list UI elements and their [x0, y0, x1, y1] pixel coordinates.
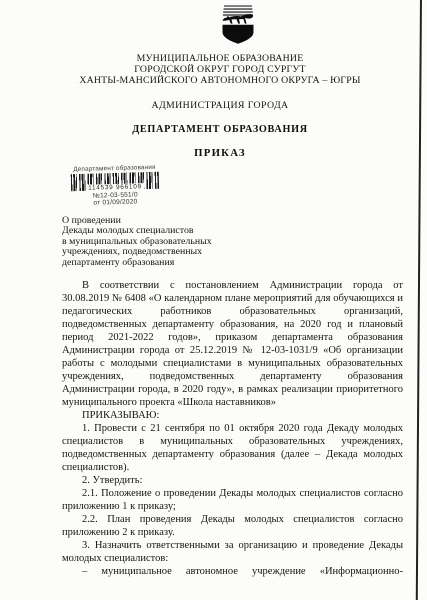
subject-block: О проведении Декады молодых специалистов… [62, 216, 282, 268]
org-line-3: ХАНТЫ-МАНСИЙСКОГО АВТОНОМНОГО ОКРУГА – Ю… [40, 75, 400, 86]
coat-of-arms-shield [221, 4, 255, 44]
org-line-2: ГОРОДСКОЙ ОКРУГ ГОРОД СУРГУТ [40, 64, 400, 75]
order-item-1: 1. Провести с 21 сентября по 01 октября … [62, 422, 403, 474]
scan-edge-artifact [416, 0, 422, 600]
subject-line-5: департаменту образования [62, 258, 282, 268]
intro-paragraph: В соответствии с постановлением Админист… [62, 279, 403, 409]
administration-line: АДМИНИСТРАЦИЯ ГОРОДА [40, 100, 400, 111]
order-item-2-1: 2.1. Положение о проведении Декады молод… [62, 487, 403, 513]
order-item-2: 2. Утвердить: [62, 474, 403, 487]
shield-base [223, 25, 254, 44]
order-item-2-2: 2.2. План проведения Декады молодых спец… [62, 513, 403, 539]
resolution-word: ПРИКАЗЫВАЮ: [62, 409, 403, 422]
surgut-coat-of-arms-icon [221, 4, 255, 44]
doc-type-title: ПРИКАЗ [40, 147, 400, 159]
order-body: В соответствии с постановлением Админист… [62, 279, 403, 578]
barcode: 114539 966109 [71, 172, 159, 191]
order-item-3: 3. Назначить ответственными за организац… [62, 539, 403, 565]
org-header: МУНИЦИПАЛЬНОЕ ОБРАЗОВАНИЕ ГОРОДСКОЙ ОКРУ… [40, 53, 400, 86]
org-line-1: МУНИЦИПАЛЬНОЕ ОБРАЗОВАНИЕ [40, 53, 400, 64]
scanned-order-page: МУНИЦИПАЛЬНОЕ ОБРАЗОВАНИЕ ГОРОДСКОЙ ОКРУ… [0, 0, 427, 600]
registration-stamp: Департамент образования 114539 966109 №1… [59, 163, 170, 207]
order-item-3-sub: – муниципальное автономное учреждение «И… [62, 565, 403, 578]
department-line: ДЕПАРТАМЕНТ ОБРАЗОВАНИЯ [40, 124, 400, 135]
